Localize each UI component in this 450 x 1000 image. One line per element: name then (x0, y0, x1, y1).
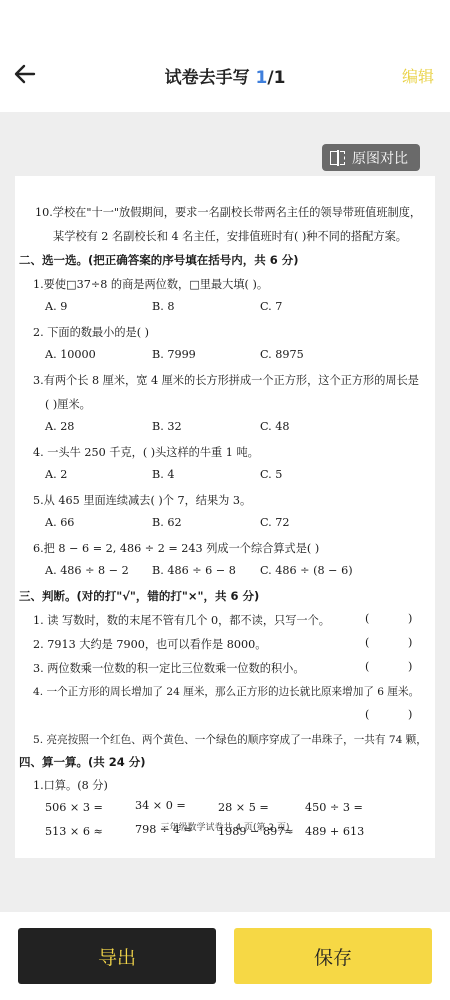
judge-q3-paren-open: ( (365, 660, 369, 673)
choice-q6-option-a: A. 486 ÷ 8 − 2 (45, 564, 129, 577)
judge-q1: 1. 读 写数时，数的末尾不管有几个 0，都不读，只写一个。 (33, 612, 330, 628)
judge-q5: 5. 亮亮按照一个红色、两个黄色、一个绿色的顺序穿成了一串珠子，一共有 74 颗… (33, 732, 427, 747)
choice-q6-option-b: B. 486 ÷ 6 − 8 (152, 564, 236, 577)
q10-line2: 某学校有 2 名副校长和 4 名主任，安排值班时有( )种不同的搭配方案。 (53, 228, 407, 244)
page-current: 1 (256, 68, 268, 88)
judge-q1-paren-open: ( (365, 612, 369, 625)
oral-r1-c4: 450 ÷ 3 = (305, 801, 363, 814)
q10-line1: 10.学校在"十一"放假期间，要求一名副校长带两名主任的领导带班值班制度， (35, 204, 421, 220)
judge-q4-paren-open: ( (365, 708, 369, 721)
choice-q4-option-a: A. 2 (45, 468, 67, 481)
edit-button[interactable]: 编辑 (402, 64, 434, 87)
choice-q5-option-c: C. 72 (260, 516, 290, 529)
judge-q3-paren-close: ) (408, 660, 412, 673)
choice-q5: 5.从 465 里面连续减去( )个 7，结果为 3。 (33, 492, 251, 508)
section4-title: 四、算一算。(共 24 分) (19, 754, 146, 770)
choice-q2-option-c: C. 8975 (260, 348, 304, 361)
judge-q4-paren-close: ) (408, 708, 412, 721)
choice-q3-option-b: B. 32 (152, 420, 182, 433)
choice-q5-option-a: A. 66 (45, 516, 74, 529)
exam-document-lower: 四、算一算。(共 24 分) 1.口算。(8 分) 506 × 3 = 34 ×… (15, 752, 435, 858)
choice-q2-option-a: A. 10000 (45, 348, 96, 361)
compare-label: 原图对比 (352, 148, 408, 168)
choice-q1: 1.要使□37÷8 的商是两位数，□里最大填( )。 (33, 276, 268, 292)
choice-q3-cont: ( )厘米。 (45, 396, 91, 412)
split-compare-icon (330, 151, 346, 165)
choice-q3-option-a: A. 28 (45, 420, 74, 433)
judge-q2-paren-open: ( (365, 636, 369, 649)
choice-q3-option-c: C. 48 (260, 420, 290, 433)
choice-q3: 3.有两个长 8 厘米，宽 4 厘米的长方形拼成一个正方形，这个正方形的周长是 (33, 372, 419, 388)
choice-q4-option-c: C. 5 (260, 468, 282, 481)
bottom-bar: 导出 保存 (0, 912, 450, 1000)
section3-title: 三、判断。(对的打"√"，错的打"×"，共 6 分) (19, 588, 259, 604)
choice-q6: 6.把 8 − 6 = 2, 486 ÷ 2 = 243 列成一个综合算式是( … (33, 540, 319, 556)
judge-q4: 4. 一个正方形的周长增加了 24 厘米，那么正方形的边长就比原来增加了 6 厘… (33, 684, 419, 699)
top-bar: 试卷去手写 1/1 编辑 (0, 0, 450, 112)
judge-q3: 3. 两位数乘一位数的积一定比三位数乘一位数的积小。 (33, 660, 305, 676)
choice-q1-option-b: B. 8 (152, 300, 174, 313)
section2-title: 二、选一选。(把正确答案的序号填在括号内，共 6 分) (19, 252, 299, 268)
choice-q1-option-a: A. 9 (45, 300, 67, 313)
choice-q5-option-b: B. 62 (152, 516, 182, 529)
save-button[interactable]: 保存 (234, 928, 432, 984)
export-button[interactable]: 导出 (18, 928, 216, 984)
judge-q1-paren-close: ) (408, 612, 412, 625)
judge-q2: 2. 7913 大约是 7900，也可以看作是 8000。 (33, 636, 266, 652)
choice-q4-option-b: B. 4 (152, 468, 174, 481)
choice-q6-option-c: C. 486 ÷ (8 − 6) (260, 564, 353, 577)
choice-q1-option-c: C. 7 (260, 300, 282, 313)
oral-r1-c1: 506 × 3 = (45, 801, 103, 814)
title-text: 试卷去手写 (165, 68, 250, 88)
choice-q4: 4. 一头牛 250 千克，( )头这样的牛重 1 吨。 (33, 444, 259, 460)
choice-q2: 2. 下面的数最小的是( ) (33, 324, 149, 340)
judge-q2-paren-close: ) (408, 636, 412, 649)
oral-calc-title: 1.口算。(8 分) (33, 777, 108, 793)
page-total: /1 (267, 68, 285, 88)
oral-r1-c3: 28 × 5 = (218, 801, 269, 814)
oral-r1-c2: 34 × 0 = (135, 799, 186, 812)
choice-q2-option-b: B. 7999 (152, 348, 196, 361)
page-title: 试卷去手写 1/1 (0, 63, 450, 88)
compare-original-button[interactable]: 原图对比 (322, 144, 420, 171)
page-footer-note: 三年级数学试卷共 4 页(第 2 页) (15, 820, 435, 833)
